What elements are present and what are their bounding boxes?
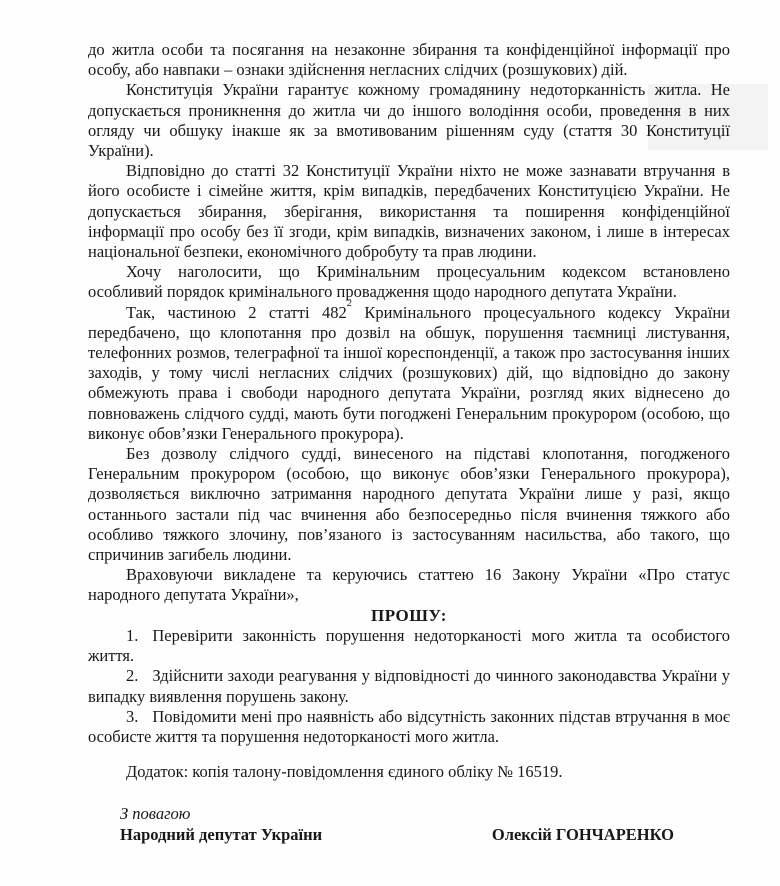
request-item-1: 1.Перевірити законність порушення недото… (88, 626, 730, 666)
body-paragraph-3: Відповідно до статті 32 Конституції Укра… (88, 161, 730, 262)
paragraph-5-text-before-superscript: Так, частиною 2 статті 482 (126, 303, 347, 322)
body-paragraph-5: Так, частиною 2 статті 4822 Кримінальног… (88, 303, 730, 444)
signature-row: Народний депутат України Олексій ГОНЧАРЕ… (120, 825, 674, 845)
body-paragraph-7: Враховуючи викладене та керуючись статте… (88, 565, 730, 605)
request-item-2-number: 2. (126, 666, 138, 685)
request-item-1-text: Перевірити законність порушення недоторк… (88, 626, 730, 665)
attachment-note: Додаток: копія талону-повідомлення єдино… (88, 762, 730, 782)
request-item-3-number: 3. (126, 707, 138, 726)
request-item-2-text: Здійснити заходи реагування у відповідно… (88, 666, 730, 705)
body-paragraph-4: Хочу наголосити, що Кримінальним процесу… (88, 262, 730, 302)
paragraph-5-text-after-superscript: Кримінального процесуального кодексу Укр… (88, 303, 730, 443)
request-item-1-number: 1. (126, 626, 138, 645)
body-paragraph-2: Конституція України гарантує кожному гро… (88, 80, 730, 161)
signatory-name: Олексій ГОНЧАРЕНКО (492, 825, 674, 845)
request-heading: ПРОШУ: (88, 606, 730, 626)
closing-salutation: З повагою (120, 804, 674, 824)
request-item-2: 2.Здійснити заходи реагування у відповід… (88, 666, 730, 706)
body-paragraph-1: до житла особи та посягання на незаконне… (88, 40, 730, 80)
signatory-title: Народний депутат України (120, 825, 322, 845)
letter-body: до житла особи та посягання на незаконне… (88, 40, 730, 845)
closing-block: З повагою Народний депутат України Олекс… (88, 804, 730, 844)
request-item-3: 3.Повідомити мені про наявність або відс… (88, 707, 730, 747)
document-page: до житла особи та посягання на незаконне… (0, 0, 780, 886)
article-number-superscript: 2 (347, 298, 352, 309)
body-paragraph-6: Без дозволу слідчого судді, винесеного н… (88, 444, 730, 565)
request-item-3-text: Повідомити мені про наявність або відсут… (88, 707, 730, 746)
